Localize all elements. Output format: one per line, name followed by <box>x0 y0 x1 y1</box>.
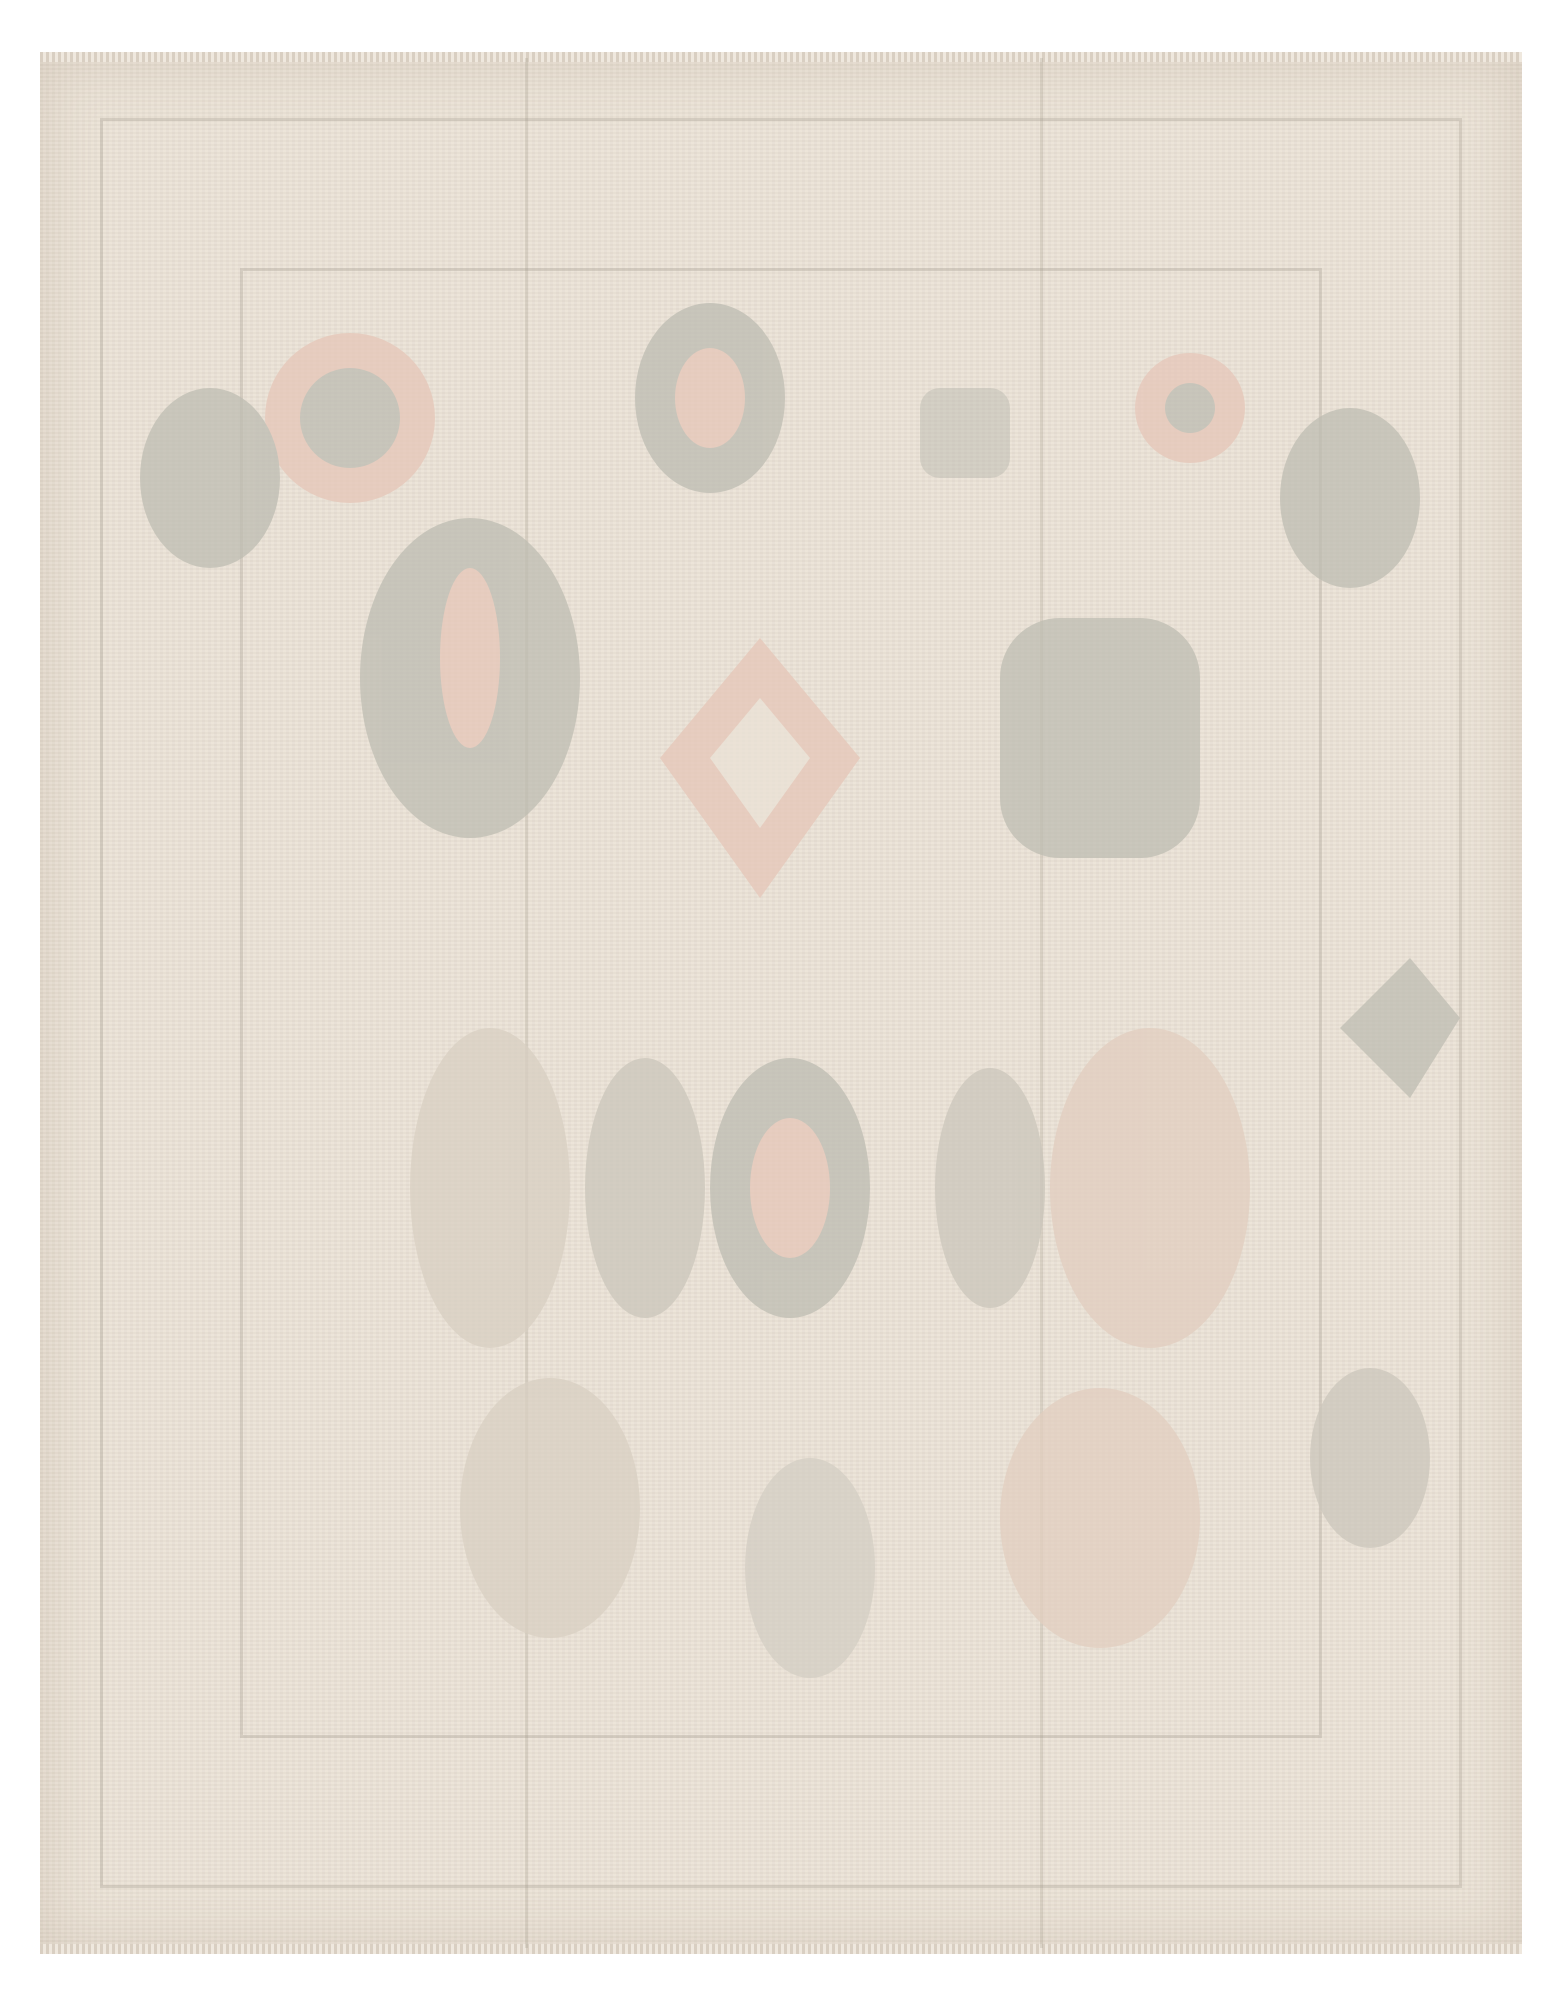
border-palmette-left <box>140 388 280 568</box>
grey-palmette-right <box>1000 618 1200 858</box>
faded-palmette-lower-left <box>460 1378 640 1638</box>
oval-medallion-lower-center <box>745 1458 875 1678</box>
border-palmette-right-lower <box>1310 1368 1430 1548</box>
small-rose-top-right <box>1135 353 1245 463</box>
border-palmette-right <box>1280 408 1420 588</box>
rug <box>40 58 1522 1948</box>
border-grey-right-middle <box>1340 958 1460 1098</box>
faded-rose-lower-right <box>1000 1388 1200 1648</box>
stepped-diamond-medallion-center <box>660 638 860 898</box>
oval-medallion-center <box>710 1058 870 1318</box>
grey-palmette-left <box>360 518 580 838</box>
rug-pattern <box>40 58 1522 1948</box>
grey-palmette-top-center <box>635 303 785 493</box>
grey-figures-top <box>920 388 1010 478</box>
rose-medallion-top-left <box>265 333 435 503</box>
faded-rose-right-middle <box>935 1028 1250 1348</box>
faded-palmette-left-middle <box>410 1028 705 1348</box>
